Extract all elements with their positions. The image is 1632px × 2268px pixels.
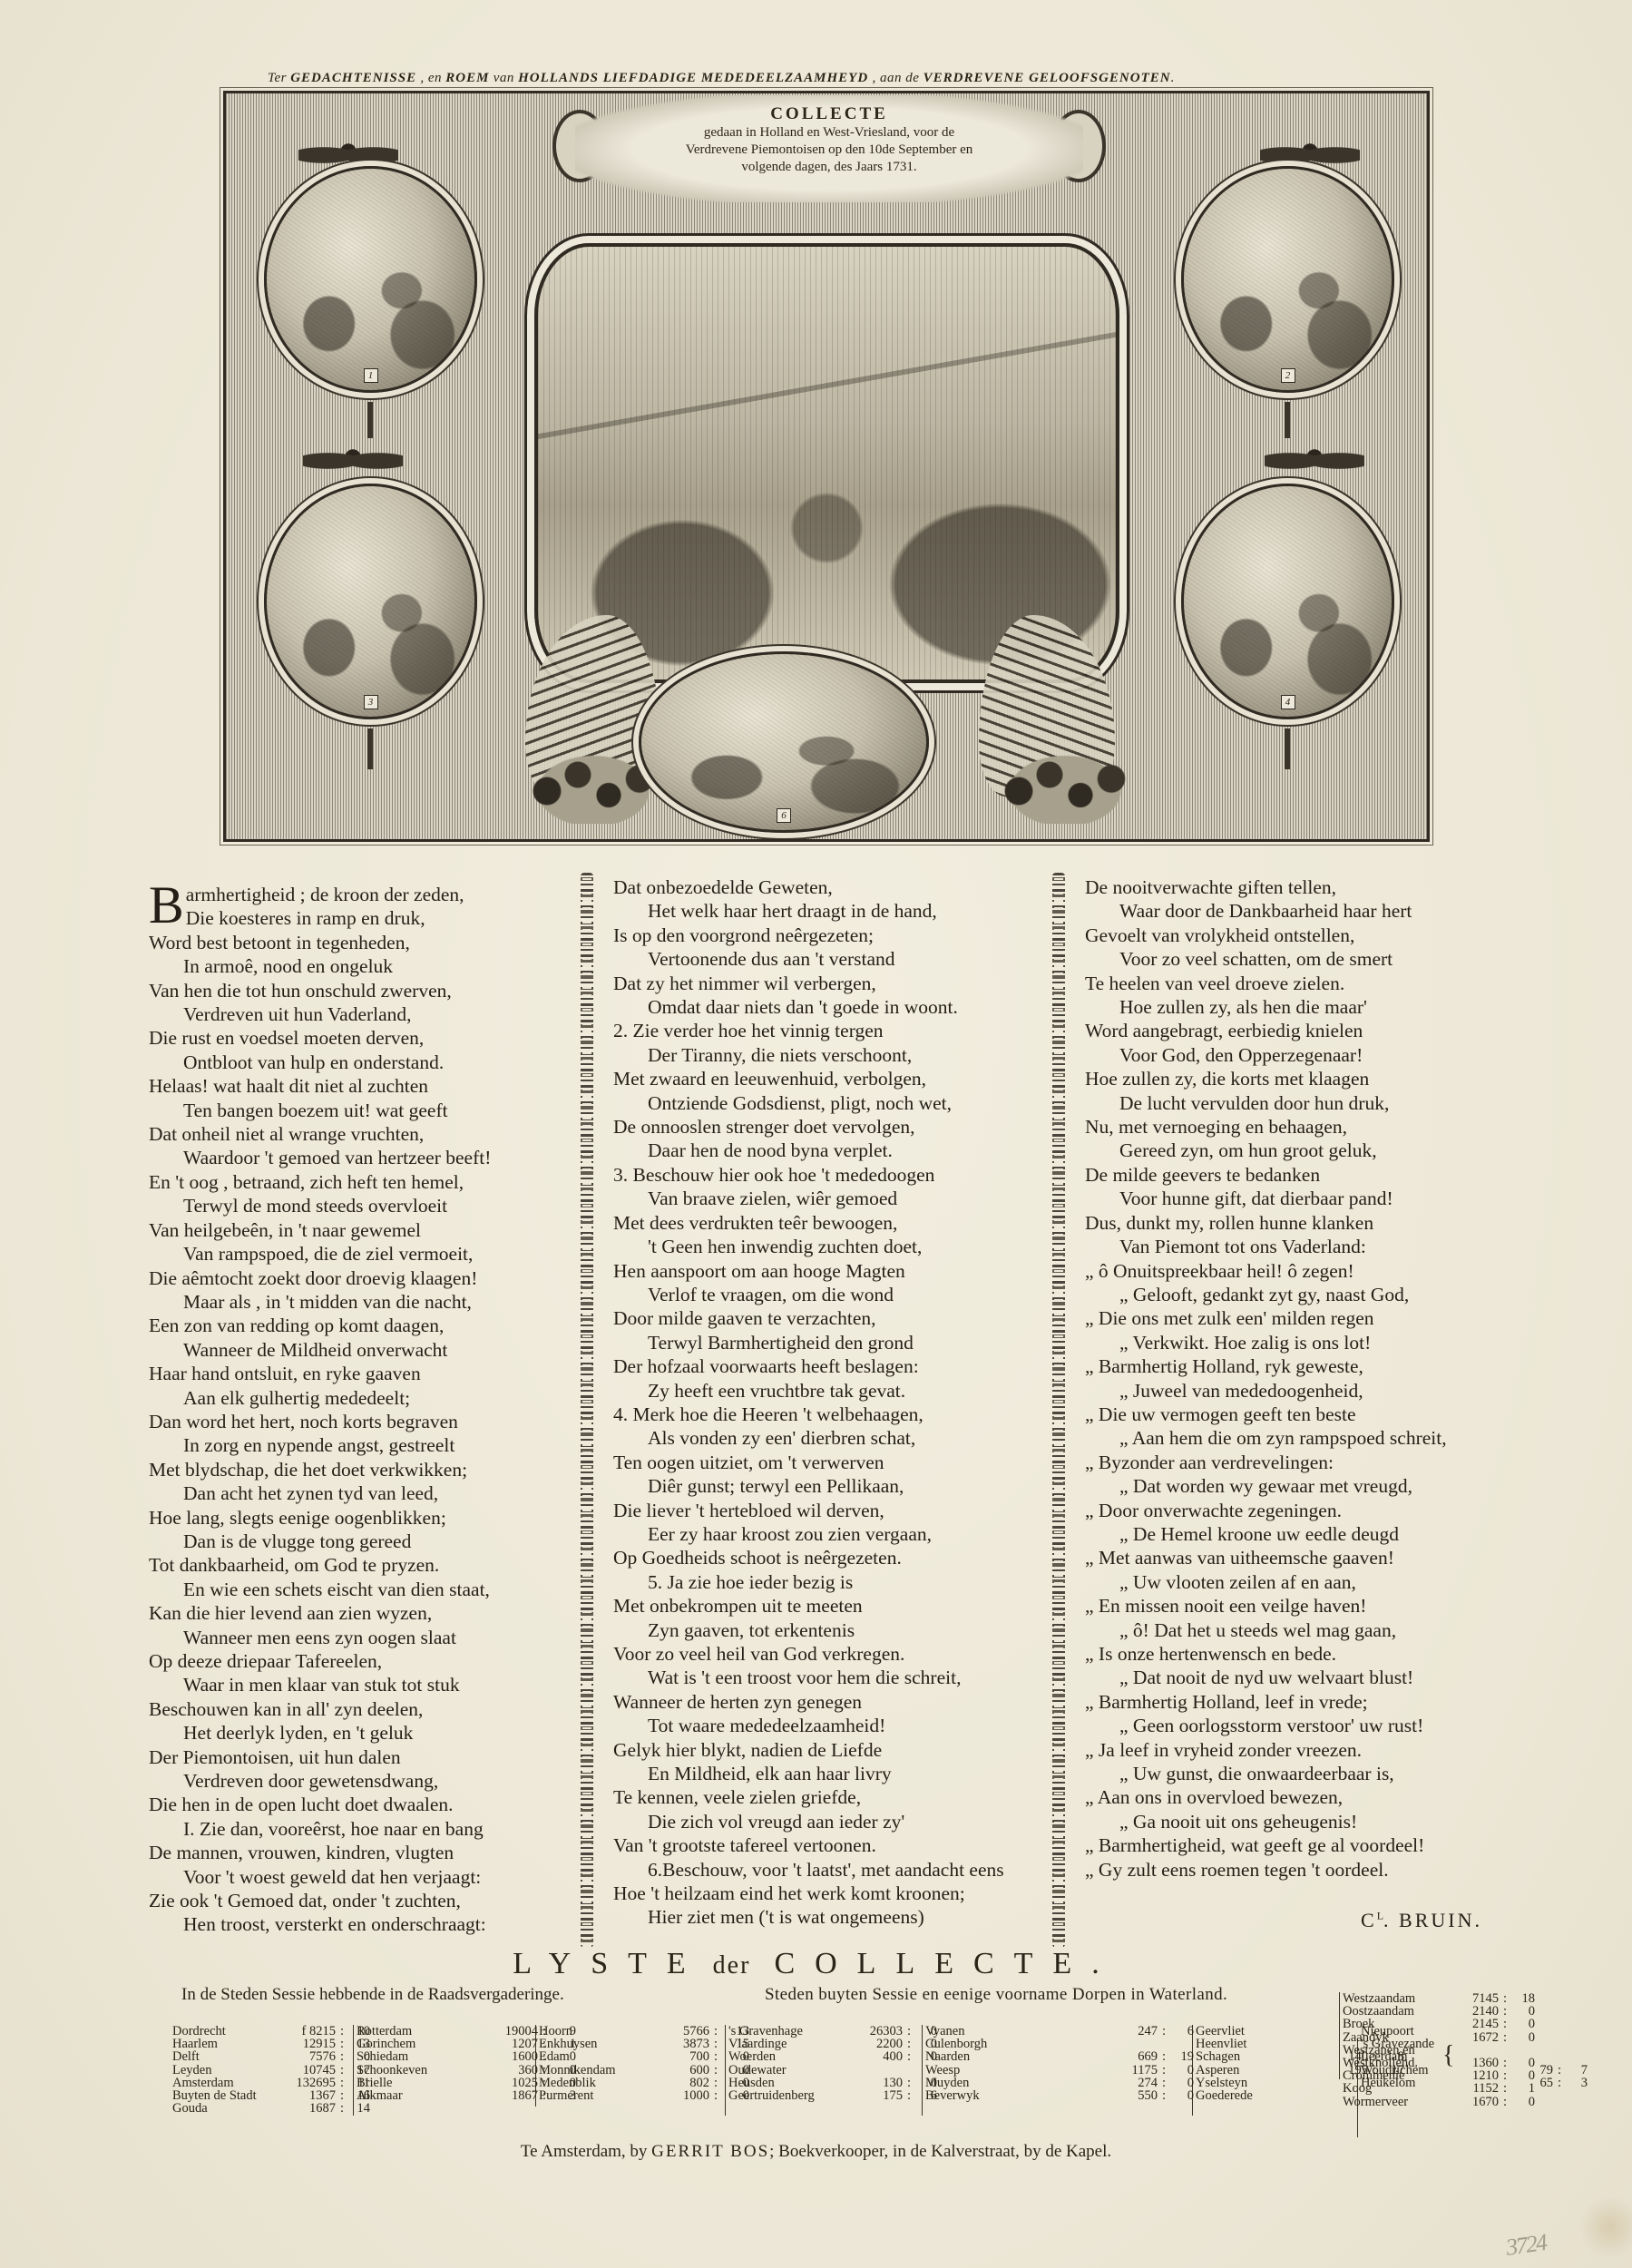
poem-line: „ Ja leef in vryheid zonder vreezen. — [1085, 1738, 1539, 1762]
place-name: Woerden — [728, 2050, 836, 2063]
poem-line: Voor 't woest geweld dat hen verjaagt: — [149, 1865, 575, 1889]
place-name: Monnikendam — [539, 2064, 639, 2077]
poem-line: „ Dat worden wy gewaar met vreugd, — [1085, 1474, 1539, 1498]
amount-stuivers: 0 — [1511, 2057, 1535, 2069]
pendant-ornament — [367, 728, 373, 769]
poem-line: Dus, dunkt my, rollen hunne klanken — [1085, 1211, 1539, 1235]
amount-separator: : — [1158, 2050, 1170, 2063]
amount-stuivers: 0 — [1511, 2096, 1535, 2108]
poem-line: Voor God, den Opperzegenaar! — [1085, 1043, 1539, 1067]
collection-group: Hoorn5766:13Enkhuysen3873:15Edam700:0Mon… — [539, 2025, 749, 2102]
poem-line: „ ô! Dat het u steeds wel mag gaan, — [1085, 1618, 1539, 1642]
imprint-post: ; Boekverkooper, in de Kalverstraat, by … — [769, 2142, 1111, 2161]
place-name: Heenvliet — [1196, 2038, 1268, 2050]
collection-row: Oostzaandam2140:0 — [1343, 2005, 1535, 2018]
collection-row: Gouda1687:14 — [172, 2102, 370, 2115]
amount-separator — [1553, 2050, 1566, 2063]
imprint-line: Te Amsterdam, by GERRIT BOS; Boekverkoop… — [0, 2142, 1632, 2162]
title-cartouche: COLLECTE gedaan in Holland en West-Vries… — [575, 95, 1083, 202]
amount-separator: : — [903, 2089, 915, 2102]
poem-line: Met dees verdrukten teêr bewoogen, — [613, 1211, 1058, 1235]
place-name: Purmerent — [539, 2089, 639, 2102]
engraving-tyranny-icon — [1184, 169, 1392, 390]
caption-part: Ter — [268, 71, 290, 85]
poem-line: I. Zie dan, vooreêrst, hoe naar en bang — [149, 1817, 575, 1841]
poem-line: Voor zo veel schatten, om de smert — [1085, 947, 1539, 971]
poem-line: Hoe zullen zy, die korts met klaagen — [1085, 1067, 1539, 1090]
place-name: Schoonkeven — [357, 2064, 456, 2077]
poem-line: „ Barmhertigheid, wat geeft ge al voorde… — [1085, 1833, 1539, 1857]
collection-row: Hoorn5766:13 — [539, 2025, 749, 2038]
amount-separator — [903, 2064, 915, 2077]
place-name: Crommenie — [1343, 2069, 1453, 2082]
amount-guilders: 600 — [639, 2064, 709, 2077]
amount-guilders: 247 — [1003, 2025, 1158, 2038]
poem-column-1: Barmhertigheid ; de kroon der zeden,Die … — [149, 875, 575, 1937]
collection-row: Amsterdam132695:11 — [172, 2077, 370, 2089]
poem-line: Ten bangen boezem uit! wat geeft — [149, 1099, 575, 1122]
amount-separator: : — [709, 2050, 722, 2063]
amount-separator: : — [1499, 2018, 1511, 2030]
amount-separator: : — [336, 2038, 348, 2050]
scene-number: 6 — [777, 808, 791, 823]
amount-separator — [1553, 2025, 1566, 2038]
poem-line: „ Aan hem die om zyn rampspoed schreit, — [1085, 1426, 1539, 1450]
poem-line: 't Geen hen inwendig zuchten doet, — [613, 1235, 1058, 1258]
amount-guilders: 2140 — [1453, 2005, 1499, 2018]
author-signature: CL. BRUIN. — [1361, 1909, 1482, 1932]
poem-line: Maar als , in 't midden van die nacht, — [149, 1290, 575, 1314]
poem-line: Gelyk hier blykt, nadien de Liefde — [613, 1738, 1058, 1762]
amount-stuivers: 7 — [1566, 2064, 1588, 2077]
poem-line: Die hen in de open lucht doet dwaalen. — [149, 1793, 575, 1816]
poem-line: Van hen die tot hun onschuld zwerven, — [149, 979, 575, 1002]
poem-line: Van 't grootste tafereel vertoonen. — [613, 1833, 1058, 1857]
place-name: Wormerveer — [1343, 2096, 1453, 2108]
collection-row: Heusden130:0 — [728, 2077, 937, 2089]
imprint-publisher: GERRIT BOS — [651, 2142, 769, 2161]
poem-line: De milde geevers te bedanken — [1085, 1163, 1539, 1187]
amount-guilders: 12915 — [274, 2038, 336, 2050]
poem-line: Een zon van redding op komt daagen, — [149, 1314, 575, 1337]
poem-line: Zyn gaaven, tot erkentenis — [613, 1618, 1058, 1642]
cartouche-title: COLLECTE — [575, 104, 1083, 124]
amount-separator: : — [336, 2102, 348, 2115]
place-name: Dordrecht — [172, 2025, 274, 2038]
amount-guilders: 1600 — [456, 2050, 538, 2063]
place-name: Geertruidenberg — [728, 2089, 836, 2102]
scene-number: 3 — [364, 695, 378, 709]
poem-line: Gevoelt van vrolykheid ontstellen, — [1085, 924, 1539, 947]
amount-stuivers: 3 — [1566, 2077, 1588, 2089]
collection-row: Dordrechtf 8215:10 — [172, 2025, 370, 2038]
poem-line: Kan die hier levend aan zien wyzen, — [149, 1601, 575, 1625]
place-name: Schagen — [1196, 2050, 1268, 2063]
place-name: Muyden — [925, 2077, 1003, 2089]
amount-separator: : — [336, 2050, 348, 2063]
paper-stain — [1578, 2195, 1632, 2259]
scene-number: 1 — [364, 368, 378, 383]
poem-line: Als vonden zy een' dierbren schat, — [613, 1426, 1058, 1450]
poem-line: Beschouwen kan in all' zyn deelen, — [149, 1697, 575, 1721]
signature-initial: C — [1361, 1909, 1377, 1931]
poem-line: En Mildheid, elk aan haar livry — [613, 1762, 1058, 1785]
poem-line: Door milde gaaven te verzachten, — [613, 1306, 1058, 1330]
collection-row: Geertruidenberg175:6 — [728, 2089, 937, 2102]
amount-guilders: 1672 — [1453, 2031, 1499, 2044]
poem-line: Zy heeft een vruchtbre tak gevat. — [613, 1379, 1058, 1403]
poem-line: Dat zy het nimmer wil verbergen, — [613, 972, 1058, 995]
amount-guilders: 7145 — [1453, 1992, 1499, 2005]
print-sheet: Ter GEDACHTENISSE , en ROEM van HOLLANDS… — [0, 0, 1632, 2268]
poem-line: Van rampspoed, die de ziel vermoeit, — [149, 1242, 575, 1266]
amount-separator: : — [903, 2038, 915, 2050]
poem-line: 4. Merk hoe die Heeren 't welbehaagen, — [613, 1403, 1058, 1426]
brace-icon: { — [1442, 2043, 1454, 2068]
poem-line: Wanneer de Mildheid onverwacht — [149, 1338, 575, 1362]
place-name: Vyanen — [925, 2025, 1003, 2038]
poem-line: Der Tiranny, die niets verschoont, — [613, 1043, 1058, 1067]
poem-line: Vertoonende dus aan 't verstand — [613, 947, 1058, 971]
amount-guilders: 1687 — [274, 2102, 336, 2115]
poem-line: Die liever 't hertebloed wil derven, — [613, 1499, 1058, 1522]
amount-separator: : — [903, 2050, 915, 2063]
amount-guilders: 1867 — [456, 2089, 538, 2102]
amount-guilders: f 8215 — [274, 2025, 336, 2038]
collection-row: Wormerveer1670:0 — [1343, 2096, 1535, 2108]
amount-guilders: 360 — [456, 2064, 538, 2077]
amount-guilders: 669 — [1003, 2050, 1158, 2063]
amount-guilders: 10745 — [274, 2064, 336, 2077]
amount-stuivers — [1511, 2044, 1535, 2057]
amount-guilders: 1025 — [456, 2077, 538, 2089]
poem-line: „ Met aanwas van uitheemsche gaaven! — [1085, 1546, 1539, 1569]
collection-row: Weesp1175:0 — [925, 2064, 1194, 2077]
floral-divider-right-icon — [1052, 873, 1065, 1948]
poem-line: Ontbloot van hulp en onderstand. — [149, 1051, 575, 1074]
amount-guilders: 1360 — [1453, 2057, 1499, 2069]
poem-line: Waar in men klaar van stuk tot stuk — [149, 1673, 575, 1696]
poem-line: „ Gelooft, gedankt zyt gy, naast God, — [1085, 1283, 1539, 1306]
poem-line: Met blydschap, die het doet verkwikken; — [149, 1458, 575, 1481]
caption-part: HOLLANDS LIEFDADIGE MEDEDEELZAAMHEYD — [518, 71, 868, 85]
amount-guilders: 1000 — [639, 2089, 709, 2102]
amount-separator: : — [336, 2064, 348, 2077]
place-name: Rotterdam — [357, 2025, 456, 2038]
amount-separator: : — [1499, 2031, 1511, 2044]
poem-line: Diêr gunst; terwyl een Pellikaan, — [613, 1474, 1058, 1498]
amount-guilders: 2200 — [836, 2038, 903, 2050]
collection-row: Woerden400:0 — [728, 2050, 937, 2063]
medallion-scene-6: 6 — [639, 651, 929, 833]
amount-guilders — [1003, 2038, 1158, 2050]
amount-guilders: 26303 — [836, 2025, 903, 2038]
amount-guilders: 7576 — [274, 2050, 336, 2063]
collection-row: Medenblik802:0 — [539, 2077, 749, 2089]
collection-row: 's Gravenhage26303:0 — [728, 2025, 937, 2038]
collection-row: Westknollend.1360:0 — [1343, 2057, 1535, 2069]
poem-line: Hen aanspoort om aan hooge Magten — [613, 1259, 1058, 1283]
poem-line: Op deeze driepaar Tafereelen, — [149, 1649, 575, 1673]
poem-line: Met zwaard en leeuwenhuid, verbolgen, — [613, 1067, 1058, 1090]
poem-line: Waardoor 't gemoed van hertzeer beeft! — [149, 1146, 575, 1169]
amount-guilders: 802 — [639, 2077, 709, 2089]
poem-line: Hoe zullen zy, als hen die maar' — [1085, 995, 1539, 1019]
medallion-scene-1: 1 — [264, 166, 477, 393]
amount-guilders: 132695 — [274, 2077, 336, 2089]
medallion-scene-4: 4 — [1181, 484, 1394, 719]
collection-row: Oudewater — [728, 2064, 937, 2077]
amount-stuivers — [1170, 2038, 1194, 2050]
place-name: Oudewater — [728, 2064, 836, 2077]
poem-line: Het welk haar hert draagt in de hand, — [613, 899, 1058, 923]
poem-line: Hoe lang, slegts eenige oogenblikken; — [149, 1506, 575, 1530]
poem-line: 5. Ja zie hoe ieder bezig is — [613, 1570, 1058, 1594]
amount-separator: : — [1158, 2025, 1170, 2038]
signature-name: . BRUIN. — [1383, 1909, 1482, 1931]
caption-part: GEDACHTENISSE — [290, 71, 416, 85]
poem-line: In zorg en nypende angst, gestreelt — [149, 1433, 575, 1457]
collection-row: Culenborgh — [925, 2038, 1194, 2050]
amount-separator — [1553, 2038, 1566, 2050]
place-name: Koog — [1343, 2082, 1453, 2095]
place-name: Goederede — [1196, 2089, 1268, 2102]
amount-stuivers: 14 — [348, 2102, 370, 2115]
place-name: Amsterdam — [172, 2077, 274, 2089]
place-name: Westknollend. — [1343, 2057, 1453, 2069]
collection-row: Purmerent1000:0 — [539, 2089, 749, 2102]
collection-row: Vlaardinge2200:0 — [728, 2038, 937, 2050]
amount-guilders: 2145 — [1453, 2018, 1499, 2030]
place-name: Weesp — [925, 2064, 1003, 2077]
poem-line: 3. Beschouw hier ook hoe 't mededoogen — [613, 1163, 1058, 1187]
cartouche-line-2: Verdrevene Piemontoisen op den 10de Sept… — [575, 142, 1083, 159]
poem-line: Te heelen van veel droeve zielen. — [1085, 972, 1539, 995]
poem-line: Van heilgebeên, in 't naar gewemel — [149, 1218, 575, 1242]
collection-row: Vyanen247:6 — [925, 2025, 1194, 2038]
collection-row: Edam700:0 — [539, 2050, 749, 2063]
poem-line: „ Door onverwachte zegeningen. — [1085, 1499, 1539, 1522]
poem-line: „ En missen nooit een veilge haven! — [1085, 1594, 1539, 1618]
poem-line: Wat is 't een troost voor hem die schrei… — [613, 1666, 1058, 1689]
amount-guilders: 1152 — [1453, 2082, 1499, 2095]
amount-stuivers: 0 — [1511, 2069, 1535, 2082]
amount-separator: : — [1499, 2082, 1511, 2095]
poem-line: „ De Hemel kroone uw eedle deugd — [1085, 1522, 1539, 1546]
poem-line: „ Die ons met zulk een' milden regen — [1085, 1306, 1539, 1330]
poem-line: Dan word het hert, noch korts begraven — [149, 1410, 575, 1433]
amount-separator: : — [1553, 2077, 1566, 2089]
collection-group: Dordrechtf 8215:10Haarlem12915:13Delft75… — [172, 2025, 370, 2115]
poem-line: Der hofzaal voorwaarts heeft beslagen: — [613, 1354, 1058, 1378]
caption-part: ROEM — [445, 71, 489, 85]
list-title: LYSTEderCOLLECTE. — [0, 1947, 1632, 1981]
place-name: Enkhuysen — [539, 2038, 639, 2050]
place-name: Asperen — [1196, 2064, 1268, 2077]
poem-line: „ Gy zult eens roemen tegen 't oordeel. — [1085, 1858, 1539, 1882]
poem-column-3: De nooitverwachte giften tellen,Waar doo… — [1085, 875, 1539, 1882]
place-name: Schiedam — [357, 2050, 456, 2063]
poem-line: Word best betoont in tegenheden, — [149, 931, 575, 954]
place-name: Hoorn — [539, 2025, 639, 2038]
collection-row: Leyden10745:17 — [172, 2064, 370, 2077]
poem-line: Op Goedheids schoot is neêrgezeten. — [613, 1546, 1058, 1569]
poem-line: Hoe 't heilzaam eind het werk komt kroon… — [613, 1882, 1058, 1905]
poem-line: Hier ziet men ('t is wat ongemeens) — [613, 1905, 1058, 1929]
poem-line: Omdat daar niets dan 't goede in woont. — [613, 995, 1058, 1019]
poem-line: Dan is de vlugge tong gereed — [149, 1530, 575, 1553]
place-name: 's Gravenhage — [728, 2025, 836, 2038]
collection-group: Westzaandam7145:18Oostzaandam2140:0Broek… — [1343, 1992, 1535, 2108]
collection-row: Muyden274:0 — [925, 2077, 1194, 2089]
collection-row: Westzaandam7145:18 — [1343, 1992, 1535, 2005]
poem-line: Die rust en voedsel moeten derven, — [149, 1026, 575, 1050]
amount-guilders: 1207 — [456, 2038, 538, 2050]
poem-line: Eer zy haar kroost zou zien vergaan, — [613, 1522, 1058, 1546]
poem-line: Is op den voorgrond neêrgezeten; — [613, 924, 1058, 947]
amount-stuivers: 0 — [1511, 2005, 1535, 2018]
poem-line: De nooitverwachte giften tellen, — [1085, 875, 1539, 899]
poem-line: De onnooslen strenger doet vervolgen, — [613, 1115, 1058, 1139]
amount-separator: : — [1158, 2089, 1170, 2102]
collection-row: Westzanen en — [1343, 2044, 1535, 2057]
amount-guilders: 274 — [1003, 2077, 1158, 2089]
place-name: Gouda — [172, 2102, 274, 2115]
poem-line: Daar hen de nood byna verplet. — [613, 1139, 1058, 1162]
engraving-petition-icon — [267, 486, 474, 717]
poem-line: Helaas! wat haalt dit niet al zuchten — [149, 1074, 575, 1098]
collection-row: Koog1152:1 — [1343, 2082, 1535, 2095]
poem-line: „ Dat nooit de nyd uw welvaart blust! — [1085, 1666, 1539, 1689]
poem-line: Gereed zyn, om hun groot geluk, — [1085, 1139, 1539, 1162]
poem-line: Word aangebragt, eerbiedig knielen — [1085, 1019, 1539, 1042]
poem-line: Tot dankbaarheid, om God te pryzen. — [149, 1553, 575, 1577]
place-name: Oostzaandam — [1343, 2005, 1453, 2018]
amount-stuivers: 0 — [1511, 2031, 1535, 2044]
amount-stuivers: 0 — [1170, 2064, 1194, 2077]
amount-separator: : — [709, 2038, 722, 2050]
amount-separator — [1158, 2038, 1170, 2050]
poem-line: „ Verkwikt. Hoe zalig is ons lot! — [1085, 1331, 1539, 1354]
poem-line: Die aêmtocht zoekt door droevig klaagen! — [149, 1266, 575, 1290]
pencil-inventory-mark: 3724 — [1504, 2229, 1548, 2262]
place-name: Yselsteyn — [1196, 2077, 1268, 2089]
amount-separator: : — [336, 2077, 348, 2089]
poem-line: „ Barmhertig Holland, ryk geweste, — [1085, 1354, 1539, 1378]
amount-separator: : — [903, 2025, 915, 2038]
amount-separator: : — [1158, 2077, 1170, 2089]
amount-guilders: 550 — [1003, 2089, 1158, 2102]
pendant-ornament — [1285, 728, 1290, 769]
poem-line: 6.Beschouw, voor 't laatst', met aandach… — [613, 1858, 1058, 1882]
amount-guilders: 1210 — [1453, 2069, 1499, 2082]
floral-divider-left-icon — [581, 873, 593, 1948]
poem-line: Wanneer men eens zyn oogen slaat — [149, 1626, 575, 1649]
amount-separator: : — [1499, 2005, 1511, 2018]
engraving-plate: COLLECTE gedaan in Holland en West-Vries… — [223, 91, 1430, 842]
place-name: Westzanen en — [1343, 2044, 1453, 2057]
amount-guilders: 400 — [836, 2050, 903, 2063]
fruit-garland-right-icon — [988, 742, 1142, 824]
caption-part: VERDREVENE GELOOFSGENOTEN — [923, 71, 1171, 85]
pendant-ornament — [1285, 402, 1290, 438]
amount-stuivers: 0 — [1511, 2018, 1535, 2030]
poem-line: Wanneer de herten zyn genegen — [613, 1690, 1058, 1714]
poem-line: Van braave zielen, wiêr gemoed — [613, 1187, 1058, 1210]
amount-stuivers: 18 — [1511, 1992, 1535, 2005]
poem-line: Tot waare mededeelzaamheid! — [613, 1714, 1058, 1737]
collection-row: Enkhuysen3873:15 — [539, 2038, 749, 2050]
amount-guilders: 3873 — [639, 2038, 709, 2050]
list-title-a: LYSTE — [513, 1947, 705, 1980]
poem-line: Verdreven uit hun Vaderland, — [149, 1002, 575, 1026]
place-name: Medenblik — [539, 2077, 639, 2089]
collection-group: 's Gravenhage26303:0Vlaardinge2200:0Woer… — [728, 2025, 937, 2102]
list-title-c: COLLECTE. — [774, 1947, 1119, 1980]
poem-line: Nu, met vernoeging en behaagen, — [1085, 1115, 1539, 1139]
poem-line: Hen troost, versterkt en onderschraagt: — [149, 1912, 575, 1936]
poem-line: Terwyl de mond steeds overvloeit — [149, 1194, 575, 1217]
poem-line: Ten oogen uitziet, om 't verwerven — [613, 1451, 1058, 1474]
ribbon-bow-icon — [303, 443, 403, 479]
amount-guilders: 19004 — [456, 2025, 538, 2038]
poem-line: Met onbekrompen uit te meeten — [613, 1594, 1058, 1618]
cartouche-line-3: volgende dagen, des Jaars 1731. — [575, 159, 1083, 176]
poem-line: „ Uw gunst, die onwaardeerbaar is, — [1085, 1762, 1539, 1785]
collection-row: Buyten de Stadt1367:16 — [172, 2089, 370, 2102]
collection-row: Delft7576:0 — [172, 2050, 370, 2063]
poem-line: De lucht vervulden door hun druk, — [1085, 1091, 1539, 1115]
collection-row: Beverwyk550:0 — [925, 2089, 1194, 2102]
poem-line: Haar hand ontsluit, en ryke gaaven — [149, 1362, 575, 1385]
medallion-scene-3: 3 — [264, 484, 477, 719]
amount-separator: : — [709, 2089, 722, 2102]
amount-stuivers: 0 — [1170, 2077, 1194, 2089]
place-name: Zaandyk — [1343, 2031, 1453, 2044]
poem-line: Dan acht het zynen tyd van leed, — [149, 1481, 575, 1505]
poem-line: Voor zo veel heil van God verkregen. — [613, 1642, 1058, 1666]
poem-line: „ Is onze hertenwensch en bede. — [1085, 1642, 1539, 1666]
amount-separator: : — [1499, 2057, 1511, 2069]
amount-guilders: 1175 — [1003, 2064, 1158, 2077]
cartouche-line-1: gedaan in Holland en West-Vriesland, voo… — [575, 124, 1083, 142]
poem-line: „ Geen oorlogsstorm verstoor' uw rust! — [1085, 1714, 1539, 1737]
poem-line: Ontziende Godsdienst, pligt, noch wet, — [613, 1091, 1058, 1115]
place-name: Haarlem — [172, 2038, 274, 2050]
amount-stuivers: 1 — [1511, 2082, 1535, 2095]
poem-line: Te kennen, veele zielen griefde, — [613, 1785, 1058, 1809]
signature-sup: L — [1377, 1910, 1383, 1922]
collection-row: Crommenie1210:0 — [1343, 2069, 1535, 2082]
amount-separator: : — [1499, 2096, 1511, 2108]
poem-line: Verlof te vraagen, om die wond — [613, 1283, 1058, 1306]
amount-separator: : — [709, 2064, 722, 2077]
amount-separator: : — [709, 2077, 722, 2089]
amount-guilders: 175 — [836, 2089, 903, 2102]
imprint-pre: Te Amsterdam, by — [521, 2142, 651, 2161]
place-name: Beverwyk — [925, 2089, 1003, 2102]
amount-separator: : — [336, 2025, 348, 2038]
poem-line: „ Byzonder aan verdrevelingen: — [1085, 1451, 1539, 1474]
place-name: Heusden — [728, 2077, 836, 2089]
place-name: Gorinchem — [357, 2038, 456, 2050]
collection-group: Vyanen247:6CulenborghNaarden669:19Weesp1… — [925, 2025, 1194, 2102]
amount-guilders: 1367 — [274, 2089, 336, 2102]
poem-line: „ Barmhertig Holland, leef in vrede; — [1085, 1690, 1539, 1714]
plate-caption: Ter GEDACHTENISSE , en ROEM van HOLLANDS… — [268, 71, 1383, 86]
poem-line: En wie een schets eischt van dien staat, — [149, 1578, 575, 1601]
place-name: Edam — [539, 2050, 639, 2063]
